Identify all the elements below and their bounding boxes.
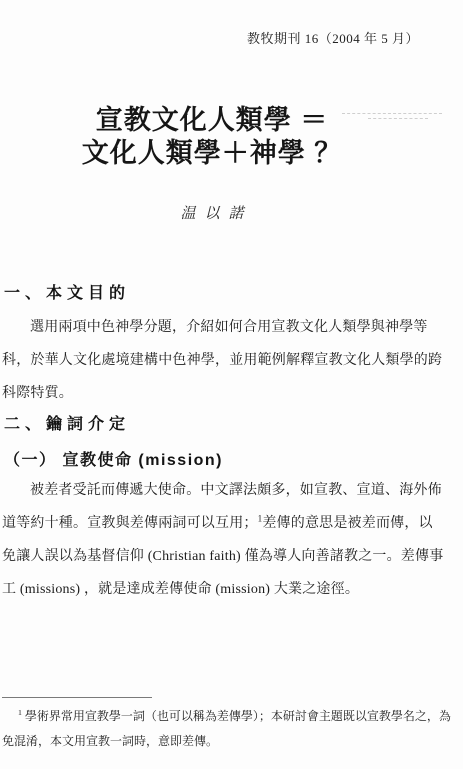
section-2-heading: 二、鑰詞介定 [4,411,130,434]
journal-header: 教牧期刊 16（2004 年 5 月） [247,28,419,47]
paragraph-line: 選用兩項中色神學分題，介紹如何合用宣教文化人類學與神學等 [2,311,460,344]
footnote-separator [2,697,152,698]
paragraph-text: 道等約十種。宣教與差傳兩詞可以互用； [2,516,258,531]
footnote-line: 1 學術界常用宣教學一詞（也可以稱為差傳學）；本研討會主題既以宣教學名之，為 [2,703,460,729]
paragraph-line: 免讓人誤以為基督信仰 (Christian faith) 僅為導人向善諸教之一。… [2,540,460,573]
paragraph-line: 科，於華人文化處境建構中色神學，並用範例解釋宣教文化人類學的跨 [2,344,460,377]
paragraph-line: 道等約十種。宣教與差傳兩詞可以互用；1差傳的意思是被差而傳，以 [2,507,460,540]
page-title-line-1: 宣教文化人類學 ＝ [0,104,424,137]
section-1-heading: 一、本文目的 [4,280,130,303]
paragraph-line: 被差者受託而傳遞大使命。中文譯法頗多，如宣教、宣道、海外佈 [2,474,460,507]
section-1-paragraph: 選用兩項中色神學分題，介紹如何合用宣教文化人類學與神學等 科，於華人文化處境建構… [2,311,460,410]
scan-artifact [342,113,442,114]
paragraph-line: 科際特質。 [2,377,460,410]
author-name: 温以諾 [0,202,424,223]
scan-artifact [368,118,428,119]
paragraph-text: 差傳的意思是被差而傳，以 [262,516,432,531]
footnote-line: 免混淆，本文用宣教一詞時，意即差傳。 [2,728,460,754]
paragraph-line: 工 (missions) ，就是達成差傳使命 (mission) 大業之途徑。 [2,573,460,606]
section-2-sub-heading: （一） 宣教使命 (mission) [4,447,223,470]
page-title-line-2: 文化人類學＋神學 ？ [0,137,424,170]
section-2-paragraph: 被差者受託而傳遞大使命。中文譯法頗多，如宣教、宣道、海外佈 道等約十種。宣教與差… [2,474,460,606]
footnote-text: 學術界常用宣教學一詞（也可以稱為差傳學）；本研討會主題既以宣教學名之，為 [22,709,451,723]
